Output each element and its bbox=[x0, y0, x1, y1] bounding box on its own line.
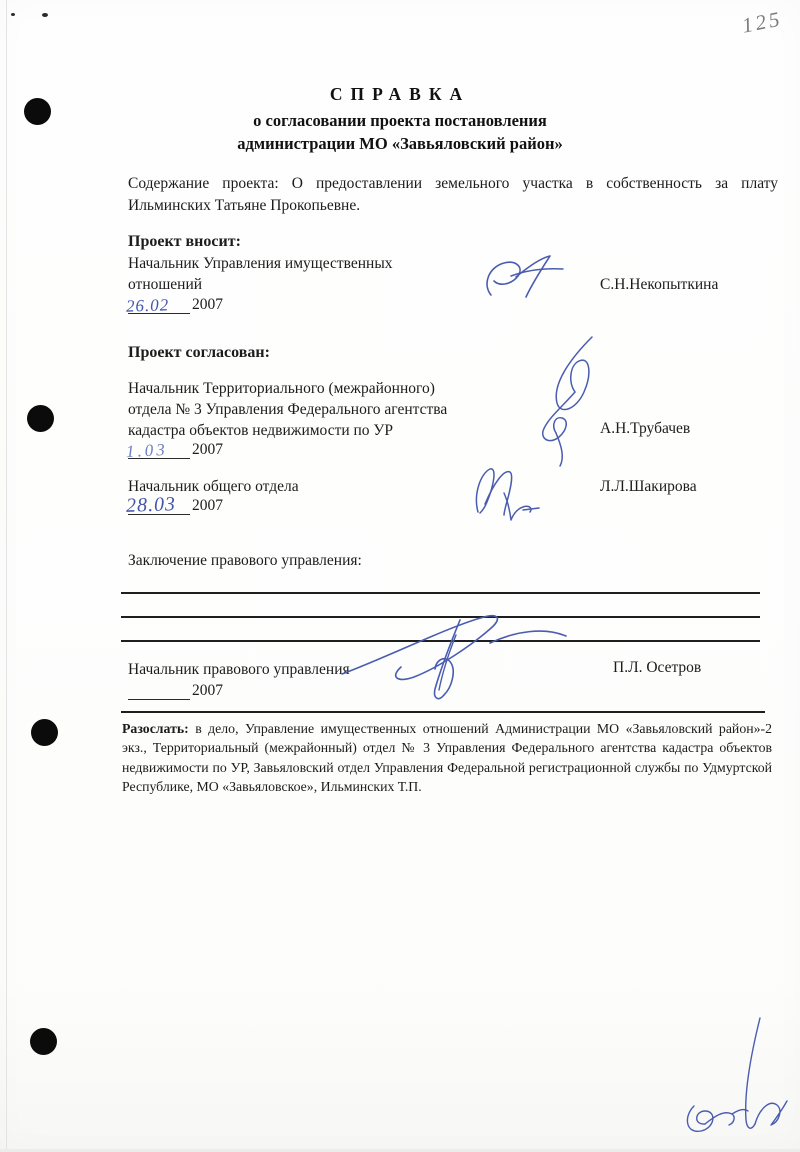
year-label: 2007 bbox=[192, 296, 223, 314]
legal-date-line: 2007 bbox=[128, 681, 223, 702]
distribution-paragraph: Разослать: в дело, Управление имуществен… bbox=[122, 719, 772, 796]
submit-position-line-1: Начальник Управления имущественных bbox=[128, 255, 393, 273]
ink-speck bbox=[42, 13, 48, 17]
punch-hole bbox=[30, 1028, 57, 1055]
signer-name-shakirova: Л.Л.Шакирова bbox=[600, 478, 697, 496]
document-title: СПРАВКА bbox=[0, 84, 800, 105]
punch-hole bbox=[27, 405, 54, 432]
year-label: 2007 bbox=[192, 497, 223, 515]
signature-trubachev bbox=[502, 333, 632, 468]
punch-hole bbox=[31, 719, 58, 746]
agree1-position-line-2: отдела № 3 Управления Федерального агент… bbox=[128, 401, 447, 419]
legal-section-heading: Заключение правового управления: bbox=[128, 552, 362, 570]
document-title-block: СПРАВКА о согласовании проекта постановл… bbox=[0, 84, 800, 154]
signature-nekopytkina bbox=[483, 254, 583, 302]
scanned-document-page: 125 СПРАВКА о согласовании проекта поста… bbox=[0, 0, 800, 1152]
submit-section-heading: Проект вносит: bbox=[128, 233, 241, 251]
year-label: 2007 bbox=[192, 441, 223, 459]
date-blank-underline: 1.03 bbox=[128, 440, 190, 459]
submit-position-line-2: отношений bbox=[128, 276, 202, 294]
signature-osetrov bbox=[338, 610, 573, 705]
agree1-position-line-3: кадастра объектов недвижимости по УР bbox=[128, 422, 393, 440]
handwritten-date: 28.03 bbox=[126, 493, 177, 518]
document-subtitle-2: администрации МО «Завьяловский район» bbox=[0, 134, 800, 154]
ink-speck bbox=[11, 13, 15, 16]
scan-edge-artifact bbox=[6, 0, 7, 1152]
agree1-date-line: 1.032007 bbox=[128, 440, 223, 461]
date-blank-underline bbox=[128, 681, 190, 700]
legal-position-line: Начальник правового управления bbox=[128, 661, 350, 679]
date-blank-underline: 26.02 bbox=[128, 295, 190, 314]
handwritten-page-number: 125 bbox=[739, 6, 784, 38]
year-label: 2007 bbox=[192, 682, 223, 700]
agree-section-heading: Проект согласован: bbox=[128, 344, 270, 362]
distribution-text: в дело, Управление имущественных отношен… bbox=[122, 721, 772, 794]
handwritten-date: 1.03 bbox=[126, 440, 169, 462]
date-blank-underline: 28.03 bbox=[128, 496, 190, 515]
handwritten-date: 26.02 bbox=[126, 295, 170, 316]
distribution-label: Разослать: bbox=[122, 721, 189, 736]
signer-name-nekopytkina: С.Н.Некопыткина bbox=[600, 276, 718, 294]
agree1-position-line-1: Начальник Территориального (межрайонного… bbox=[128, 380, 435, 398]
signature-bottom-right bbox=[680, 1012, 792, 1144]
agree2-date-line: 28.032007 bbox=[128, 496, 223, 517]
submit-date-line: 26.022007 bbox=[128, 295, 223, 316]
ruled-line bbox=[121, 711, 765, 713]
document-subtitle-1: о согласовании проекта постановления bbox=[0, 111, 800, 131]
ruled-line bbox=[121, 592, 760, 594]
signer-name-osetrov: П.Л. Осетров bbox=[613, 659, 701, 677]
project-summary: Содержание проекта: О предоставлении зем… bbox=[128, 173, 778, 217]
signature-shakirova bbox=[463, 460, 548, 522]
